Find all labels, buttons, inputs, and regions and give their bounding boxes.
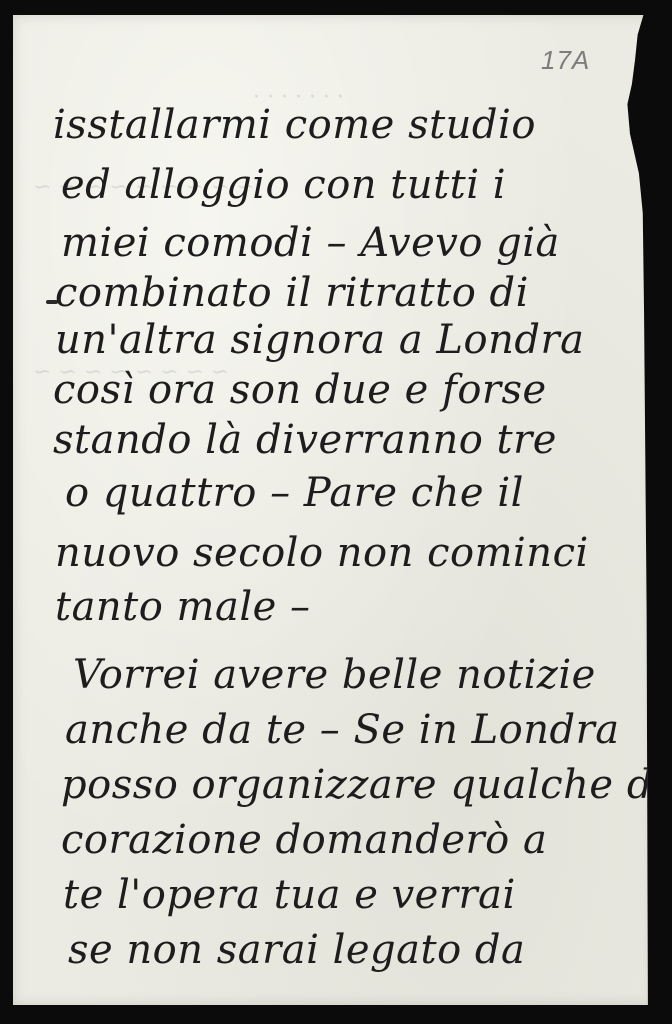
handwritten-line: un'altra signora a Londra xyxy=(55,320,584,360)
handwritten-line: tanto male – xyxy=(55,587,311,627)
handwritten-line: corazione domanderò a xyxy=(61,820,547,860)
folio-number: 17A xyxy=(541,45,590,76)
handwritten-line: nuovo secolo non cominci xyxy=(55,533,589,573)
handwritten-line: se non sarai legato da xyxy=(68,930,525,970)
handwritten-line: anche da te – Se in Londra xyxy=(65,710,620,750)
handwritten-line: miei comodi – Avevo già xyxy=(61,223,560,263)
handwritten-line: così ora son due e forse xyxy=(53,370,547,410)
letter-page: · · · · · · · ~ ~ ~ ~ ~ ~ ~ ~ ~ ~ ~ ~ ~ … xyxy=(13,15,653,1005)
handwritten-line: posso organizzare qualche de- xyxy=(61,765,672,805)
handwritten-line: stando là diverranno tre xyxy=(53,420,557,460)
handwritten-line: ed alloggio con tutti i xyxy=(61,165,506,205)
handwritten-line: o quattro – Pare che il xyxy=(65,473,524,513)
handwritten-line: te l'opera tua e verrai xyxy=(63,875,516,915)
handwritten-line: Vorrei avere belle notizie xyxy=(73,655,596,695)
handwritten-line: isstallarmi come studio xyxy=(53,105,536,145)
scan-frame: · · · · · · · ~ ~ ~ ~ ~ ~ ~ ~ ~ ~ ~ ~ ~ … xyxy=(0,0,672,1024)
handwritten-line: combinato il ritratto di xyxy=(55,273,529,313)
